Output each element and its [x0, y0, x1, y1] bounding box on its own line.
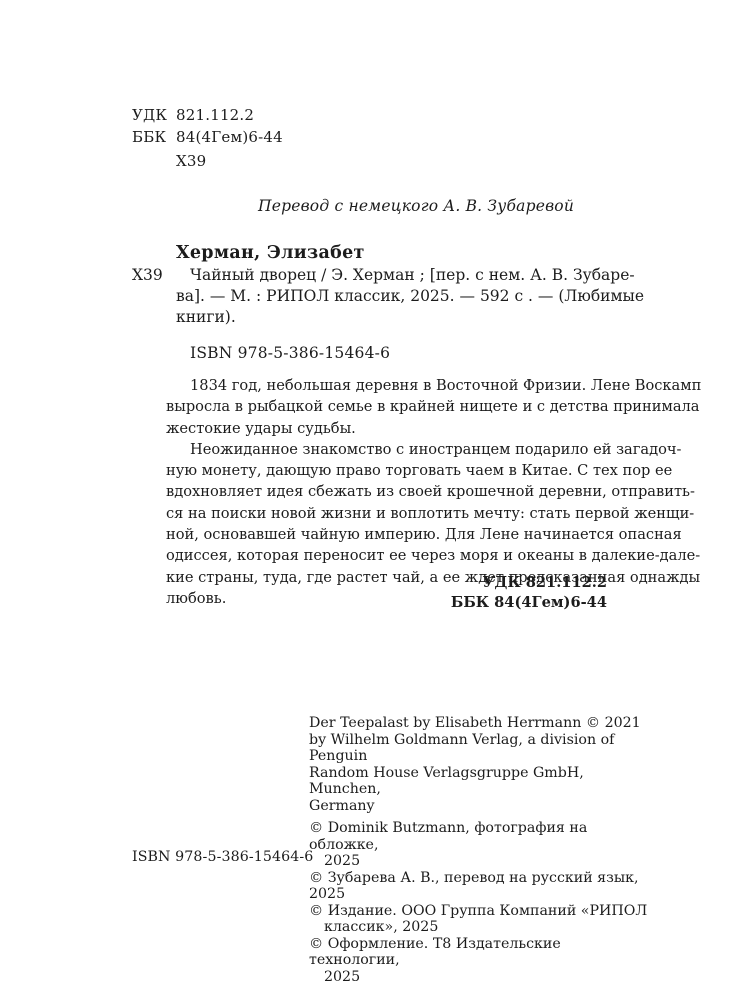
copyright-item-text: © Издание. ООО Группа Компаний «РИПОЛ	[309, 903, 647, 919]
annotation-line: выросла в рыбацкой семье в крайней нищет…	[166, 396, 607, 417]
author-heading: Херман, Элизабет	[176, 243, 365, 263]
bbk-bottom: ББК 84(4Гем)6-44	[451, 593, 607, 613]
copyright-page: УДК 821.112.2 ББК 84(4Гем)6-44 Х39 Перев…	[0, 0, 750, 1000]
copyright-item-cont: 2025	[309, 969, 649, 986]
annotation-line: ся на поиски новой жизни и воплотить меч…	[166, 503, 607, 524]
isbn-main: ISBN 978-5-386-15464-6	[190, 344, 390, 362]
annotation-line: одиссея, которая переносит ее через моря…	[166, 545, 607, 566]
udk-label: УДК	[132, 104, 167, 126]
bbk-label: ББК	[132, 126, 166, 148]
copyright-item-text: © Оформление. Т8 Издательские технологии…	[309, 936, 561, 969]
author-mark: Х39	[176, 150, 206, 172]
copyright-item-text: © Зубарева А. В., перевод на русский язы…	[309, 870, 639, 903]
original-copyright-line: Random House Verlagsgruppe GmbH, Munchen…	[309, 765, 649, 798]
copyright-item-cont: 2025	[309, 853, 649, 870]
copyright-item-translation: © Зубарева А. В., перевод на русский язы…	[309, 870, 649, 903]
annotation-line: Неожиданное знакомство с иностранцем под…	[166, 439, 607, 460]
entry-author-mark: Х39	[132, 265, 163, 286]
bbk-value: 84(4Гем)6-44	[176, 126, 283, 148]
copyright-item-cover-photo: © Dominik Butzmann, фотография на обложк…	[309, 820, 649, 870]
translator-note: Перевод с немецкого А. В. Зубаревой	[258, 197, 574, 215]
copyright-item-edition: © Издание. ООО Группа Компаний «РИПОЛ кл…	[309, 903, 649, 936]
annotation-line: вдохновляет идея сбежать из своей крошеч…	[166, 481, 607, 502]
entry-line: книги).	[176, 307, 612, 328]
annotation-line: ной, основавшей чайную империю. Для Лене…	[166, 524, 607, 545]
copyright-item-design: © Оформление. Т8 Издательские технологии…	[309, 936, 649, 986]
copyright-item-text: © Dominik Butzmann, фотография на обложк…	[309, 820, 587, 853]
entry-line: Чайный дворец / Э. Херман ; [пер. с нем.…	[176, 265, 612, 286]
annotation-line: жестокие удары судьбы.	[166, 418, 607, 439]
udk-bottom: УДК 821.112.2	[483, 573, 607, 593]
catalog-entry-text: Чайный дворец / Э. Херман ; [пер. с нем.…	[176, 265, 612, 328]
original-copyright-line: Der Teepalast by Elisabeth Herrmann © 20…	[309, 715, 649, 732]
copyright-item-cont: классик», 2025	[309, 919, 649, 936]
annotation-line: 1834 год, небольшая деревня в Восточной …	[166, 375, 607, 396]
isbn-bottom: ISBN 978-5-386-15464-6	[132, 849, 313, 865]
udk-value: 821.112.2	[176, 104, 254, 126]
copyright-block: Der Teepalast by Elisabeth Herrmann © 20…	[309, 715, 649, 985]
original-copyright-line: by Wilhelm Goldmann Verlag, a division o…	[309, 732, 649, 765]
entry-line: ва]. — М. : РИПОЛ классик, 2025. — 592 с…	[176, 286, 612, 307]
original-copyright-line: Germany	[309, 798, 649, 815]
annotation-line: ную монету, дающую право торговать чаем …	[166, 460, 607, 481]
